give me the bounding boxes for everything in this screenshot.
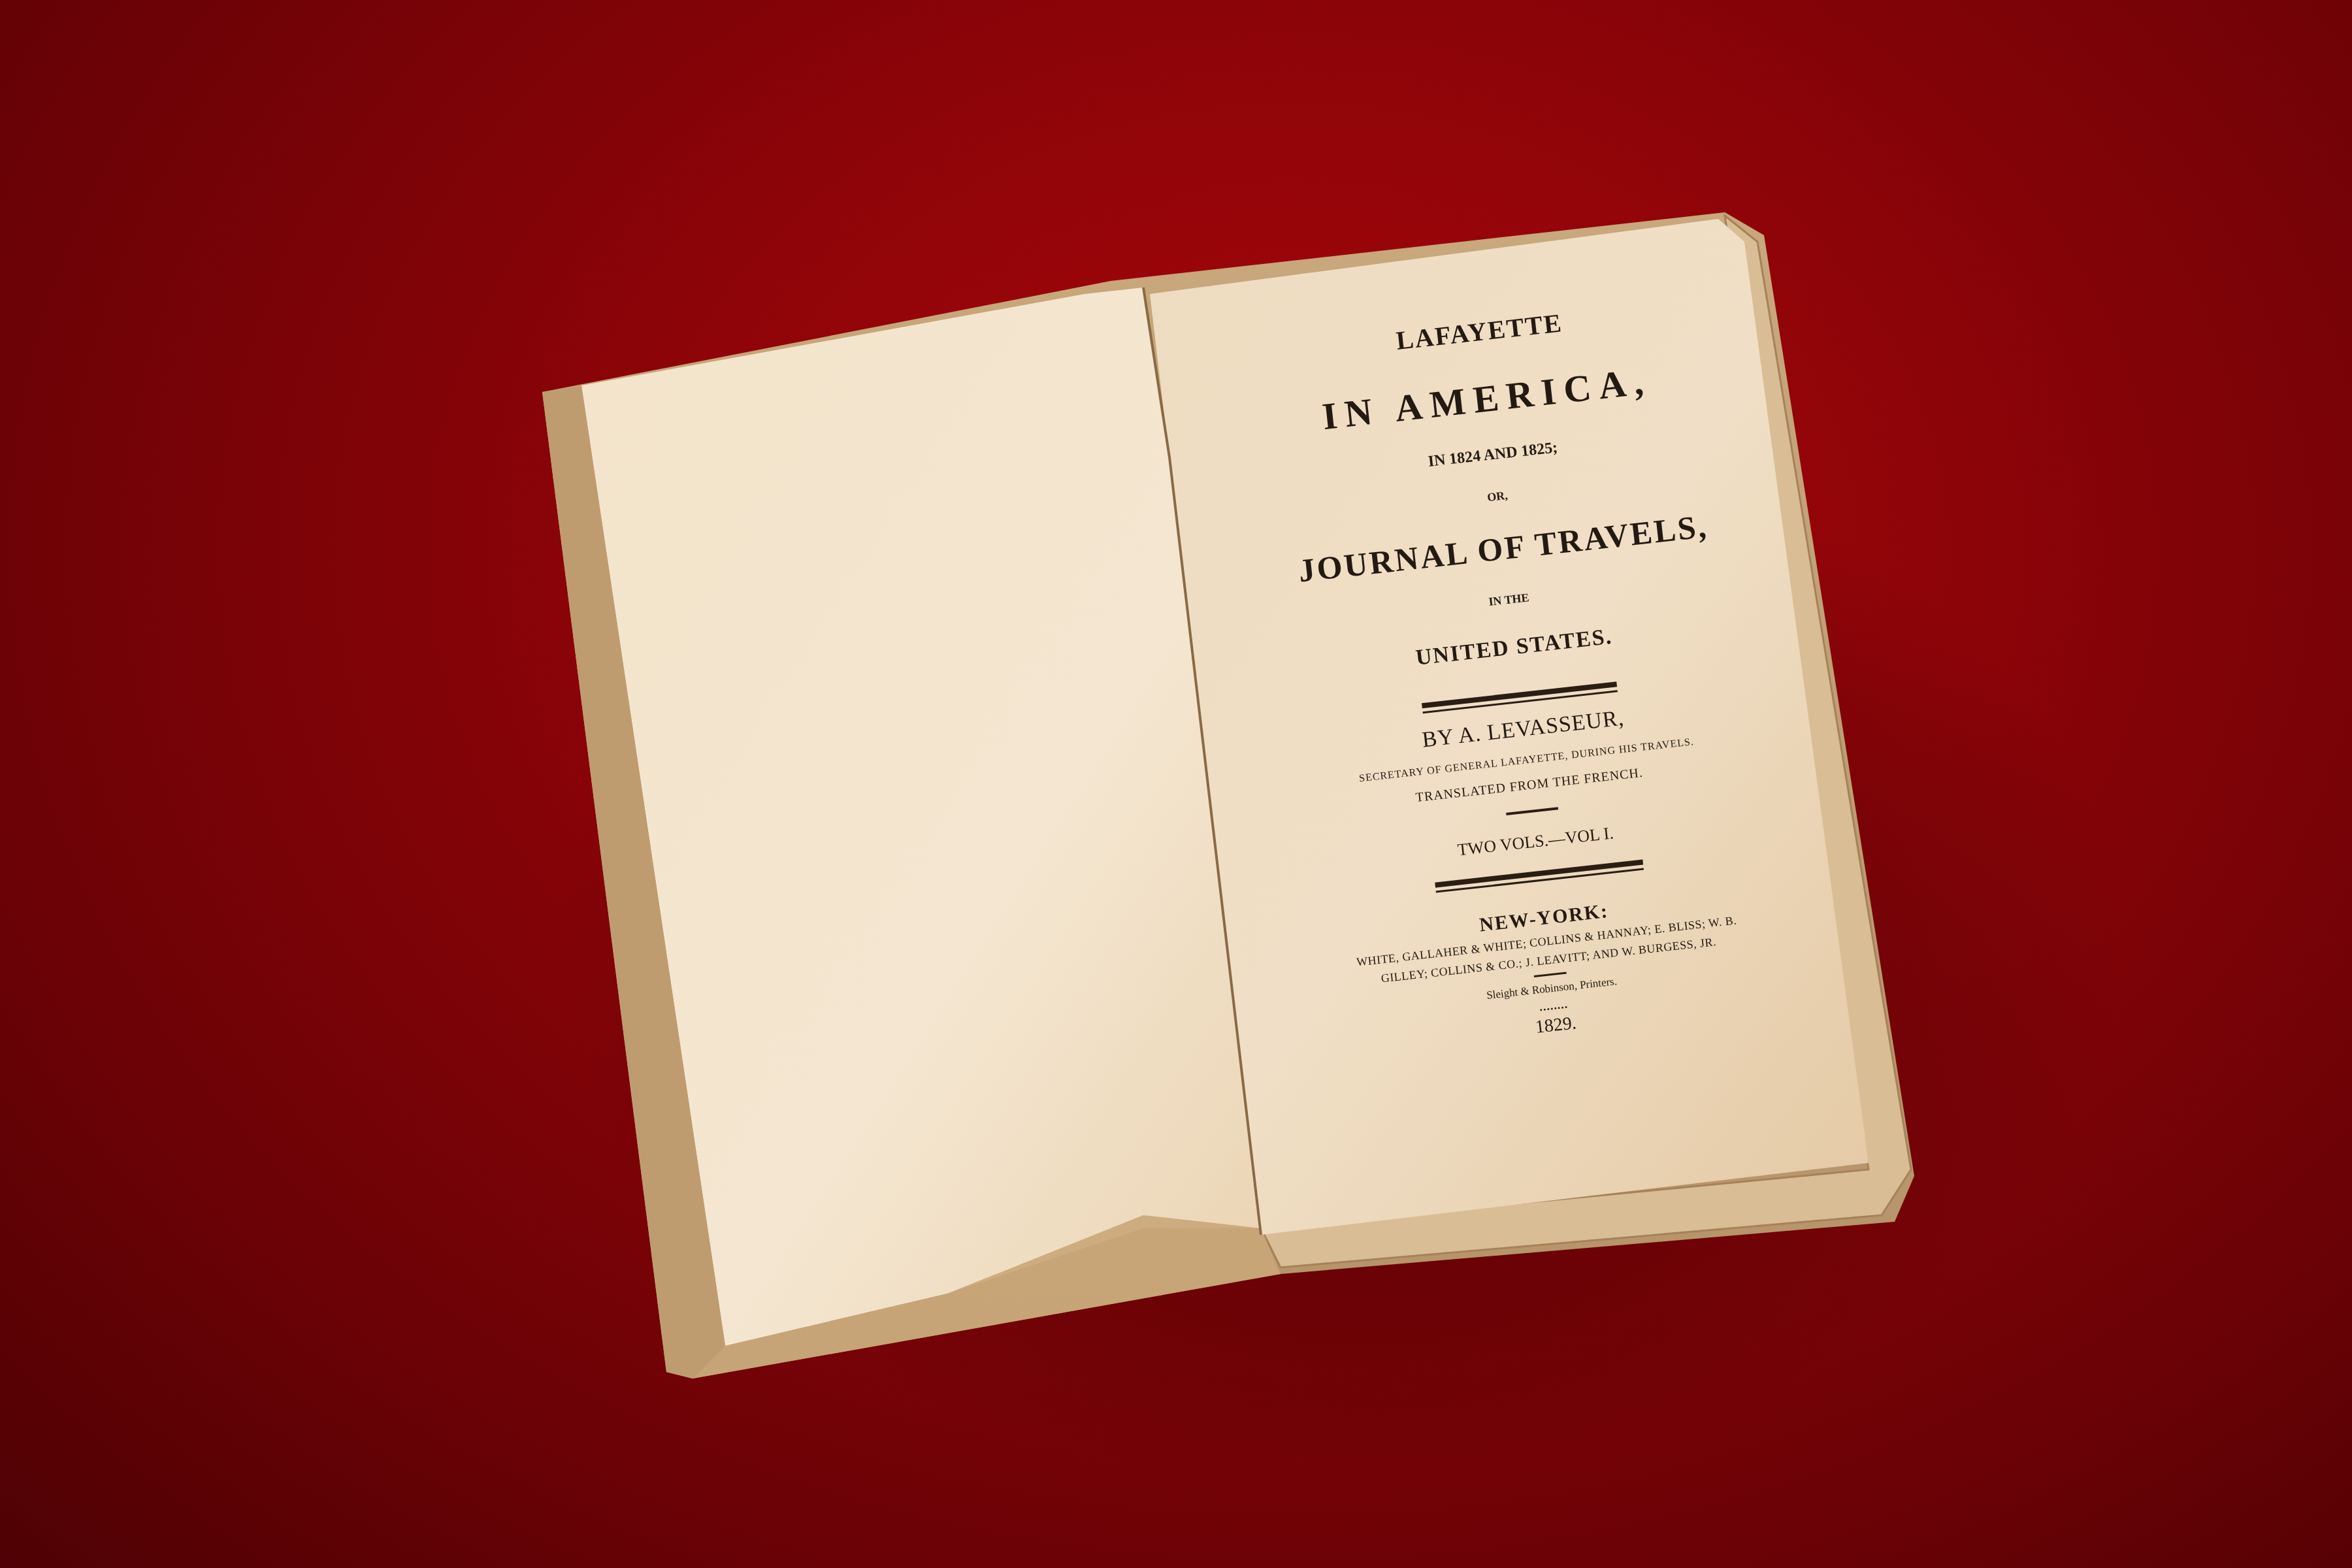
open-book [0,0,2352,1568]
title-page: LAFAYETTE IN AMERICA, IN 1824 AND 1825; … [1241,269,1799,1138]
tiny-rule-divider [1534,972,1567,977]
double-rule-divider-2 [1435,860,1644,893]
double-rule-divider [1422,681,1618,713]
volume-note: TWO VOLS.—VOL I. [1301,806,1771,877]
photo-scene: LAFAYETTE IN AMERICA, IN 1824 AND 1825; … [0,0,2352,1568]
short-rule-divider [1506,807,1558,815]
